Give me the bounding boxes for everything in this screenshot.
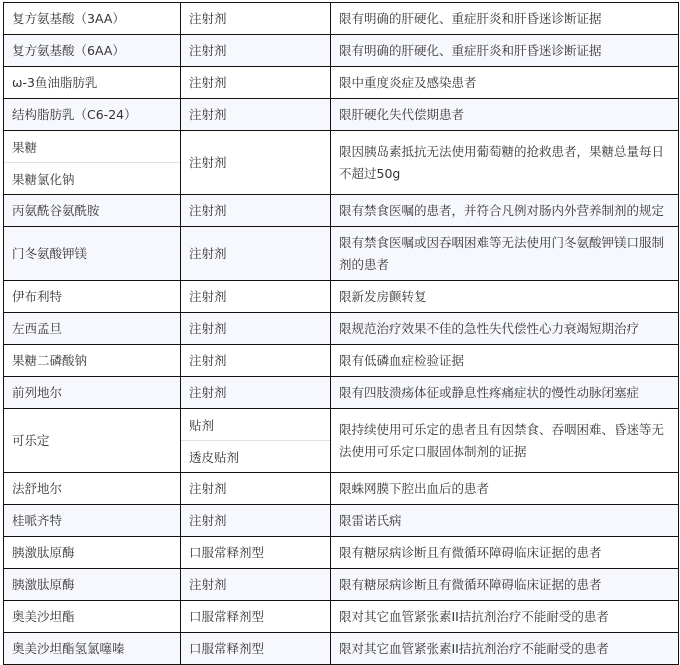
dosage-form: 注射剂 bbox=[181, 67, 331, 98]
dosage-form: 注射剂 bbox=[181, 99, 331, 130]
table-row: 法舒地尔 注射剂 限蛛网膜下腔出血后的患者 bbox=[4, 473, 678, 505]
dosage-form: 注射剂 bbox=[181, 345, 331, 376]
drug-name: 伊布利特 bbox=[4, 281, 181, 312]
restriction: 限有四肢溃疡体征或静息性疼痛症状的慢性动脉闭塞症 bbox=[331, 377, 678, 408]
dosage-form: 注射剂 bbox=[181, 505, 331, 536]
table-row: 奥美沙坦酯 口服常释剂型 限对其它血管紧张素II拮抗剂治疗不能耐受的患者 bbox=[4, 601, 678, 633]
restriction: 限雷诺氏病 bbox=[331, 505, 678, 536]
drug-restriction-table: 复方氨基酸（3AA） 注射剂 限有明确的肝硬化、重症肝炎和肝昏迷诊断证据 复方氨… bbox=[3, 2, 679, 665]
table-row: 胰激肽原酶 口服常释剂型 限有糖尿病诊断且有微循环障碍临床证据的患者 bbox=[4, 537, 678, 569]
dosage-form: 注射剂 bbox=[181, 569, 331, 600]
drug-name: 胰激肽原酶 bbox=[4, 537, 181, 568]
restriction: 限对其它血管紧张素II拮抗剂治疗不能耐受的患者 bbox=[331, 633, 678, 664]
table-row: 左西孟旦 注射剂 限规范治疗效果不佳的急性失代偿性心力衰竭短期治疗 bbox=[4, 313, 678, 345]
restriction: 限有明确的肝硬化、重症肝炎和肝昏迷诊断证据 bbox=[331, 3, 678, 34]
restriction: 限对其它血管紧张素II拮抗剂治疗不能耐受的患者 bbox=[331, 601, 678, 632]
table-row: 可乐定 贴剂 透皮贴剂 限持续使用可乐定的患者且有因禁食、吞咽困难、昏迷等无法使… bbox=[4, 409, 678, 473]
table-row: 丙氨酰谷氨酰胺 注射剂 限有禁食医嘱的患者，并符合凡例对肠内外营养制剂的规定 bbox=[4, 195, 678, 227]
dosage-form: 注射剂 bbox=[181, 131, 331, 194]
restriction: 限因胰岛素抵抗无法使用葡萄糖的抢救患者，果糖总量每日不超过50g bbox=[331, 131, 678, 194]
restriction: 限持续使用可乐定的患者且有因禁食、吞咽困难、昏迷等无法使用可乐定口服固体制剂的证… bbox=[331, 409, 678, 472]
dosage-form-group: 贴剂 透皮贴剂 bbox=[181, 409, 331, 472]
restriction: 限有明确的肝硬化、重症肝炎和肝昏迷诊断证据 bbox=[331, 35, 678, 66]
restriction: 限中重度炎症及感染患者 bbox=[331, 67, 678, 98]
table-row: 门冬氨酸钾镁 注射剂 限有禁食医嘱或因吞咽困难等无法使用门冬氨酸钾镁口服制剂的患… bbox=[4, 227, 678, 281]
table-row: 桂哌齐特 注射剂 限雷诺氏病 bbox=[4, 505, 678, 537]
drug-name: 结构脂肪乳（C6-24） bbox=[4, 99, 181, 130]
dosage-form: 口服常释剂型 bbox=[181, 633, 331, 664]
drug-name: 复方氨基酸（3AA） bbox=[4, 3, 181, 34]
dosage-form: 注射剂 bbox=[181, 195, 331, 226]
drug-name: 奥美沙坦酯 bbox=[4, 601, 181, 632]
table-row: 奥美沙坦酯氢氯噻嗪 口服常释剂型 限对其它血管紧张素II拮抗剂治疗不能耐受的患者 bbox=[4, 633, 678, 665]
table-row: 果糖 果糖氯化钠 注射剂 限因胰岛素抵抗无法使用葡萄糖的抢救患者，果糖总量每日不… bbox=[4, 131, 678, 195]
drug-name: 丙氨酰谷氨酰胺 bbox=[4, 195, 181, 226]
table-row: 前列地尔 注射剂 限有四肢溃疡体征或静息性疼痛症状的慢性动脉闭塞症 bbox=[4, 377, 678, 409]
drug-name: 前列地尔 bbox=[4, 377, 181, 408]
restriction: 限有低磷血症检验证据 bbox=[331, 345, 678, 376]
dosage-form: 注射剂 bbox=[181, 313, 331, 344]
drug-name: 果糖 bbox=[4, 131, 180, 162]
drug-name: 奥美沙坦酯氢氯噻嗪 bbox=[4, 633, 181, 664]
drug-name: 果糖氯化钠 bbox=[4, 162, 180, 194]
restriction: 限规范治疗效果不佳的急性失代偿性心力衰竭短期治疗 bbox=[331, 313, 678, 344]
drug-name: 门冬氨酸钾镁 bbox=[4, 227, 181, 280]
table-row: 胰激肽原酶 注射剂 限有糖尿病诊断且有微循环障碍临床证据的患者 bbox=[4, 569, 678, 601]
restriction: 限有禁食医嘱或因吞咽困难等无法使用门冬氨酸钾镁口服制剂的患者 bbox=[331, 227, 678, 280]
restriction: 限有糖尿病诊断且有微循环障碍临床证据的患者 bbox=[331, 569, 678, 600]
dosage-form: 注射剂 bbox=[181, 377, 331, 408]
restriction: 限有糖尿病诊断且有微循环障碍临床证据的患者 bbox=[331, 537, 678, 568]
dosage-form: 贴剂 bbox=[181, 409, 330, 440]
restriction: 限肝硬化失代偿期患者 bbox=[331, 99, 678, 130]
dosage-form: 注射剂 bbox=[181, 281, 331, 312]
drug-name: 果糖二磷酸钠 bbox=[4, 345, 181, 376]
table-row: 复方氨基酸（6AA） 注射剂 限有明确的肝硬化、重症肝炎和肝昏迷诊断证据 bbox=[4, 35, 678, 67]
restriction: 限有禁食医嘱的患者，并符合凡例对肠内外营养制剂的规定 bbox=[331, 195, 678, 226]
table-row: ω-3鱼油脂肪乳 注射剂 限中重度炎症及感染患者 bbox=[4, 67, 678, 99]
drug-name: 法舒地尔 bbox=[4, 473, 181, 504]
table-row: 复方氨基酸（3AA） 注射剂 限有明确的肝硬化、重症肝炎和肝昏迷诊断证据 bbox=[4, 2, 678, 35]
restriction: 限蛛网膜下腔出血后的患者 bbox=[331, 473, 678, 504]
dosage-form: 注射剂 bbox=[181, 35, 331, 66]
dosage-form: 注射剂 bbox=[181, 473, 331, 504]
drug-name: 可乐定 bbox=[4, 409, 181, 472]
table-row: 结构脂肪乳（C6-24） 注射剂 限肝硬化失代偿期患者 bbox=[4, 99, 678, 131]
dosage-form: 注射剂 bbox=[181, 3, 331, 34]
table-row: 伊布利特 注射剂 限新发房颤转复 bbox=[4, 281, 678, 313]
drug-name-group: 果糖 果糖氯化钠 bbox=[4, 131, 181, 194]
dosage-form: 透皮贴剂 bbox=[181, 440, 330, 472]
table-row: 果糖二磷酸钠 注射剂 限有低磷血症检验证据 bbox=[4, 345, 678, 377]
dosage-form: 口服常释剂型 bbox=[181, 601, 331, 632]
dosage-form: 口服常释剂型 bbox=[181, 537, 331, 568]
drug-name: ω-3鱼油脂肪乳 bbox=[4, 67, 181, 98]
dosage-form: 注射剂 bbox=[181, 227, 331, 280]
drug-name: 胰激肽原酶 bbox=[4, 569, 181, 600]
drug-name: 复方氨基酸（6AA） bbox=[4, 35, 181, 66]
drug-name: 桂哌齐特 bbox=[4, 505, 181, 536]
drug-name: 左西孟旦 bbox=[4, 313, 181, 344]
restriction: 限新发房颤转复 bbox=[331, 281, 678, 312]
